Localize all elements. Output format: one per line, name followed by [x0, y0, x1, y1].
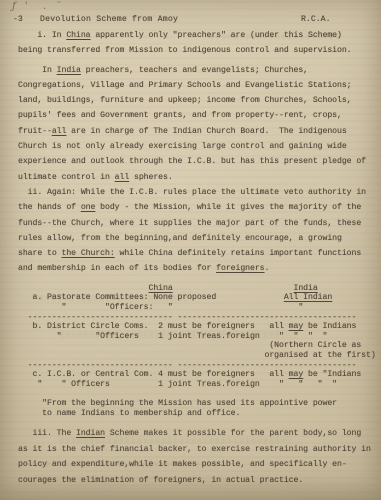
- doc-line: pupils' fees and Government grants, and …: [18, 108, 377, 123]
- doc-line: being transferred from Mission to indige…: [18, 43, 377, 58]
- table-row: c. I.C.B. or Central Com. 4 must be fore…: [18, 370, 377, 380]
- doc-line: the hands of one body - the Mission, whi…: [18, 200, 377, 215]
- doc-line: policy and expenditure,while it makes po…: [18, 457, 377, 473]
- doc-line: fruit--all are in charge of The Indian C…: [18, 124, 377, 139]
- footnote: "From the beginning the Mission has used…: [18, 399, 377, 418]
- section-i-india-paragraph: In India preachers, teachers and evangel…: [18, 63, 377, 185]
- doc-line: "From the beginning the Mission has used…: [18, 399, 377, 408]
- table-separator: ------------------------------ ---------…: [18, 361, 377, 371]
- section-iii: iii. The Indian Scheme makes it possible…: [18, 426, 377, 489]
- table-row: a. Pastorate Committees: None proposed A…: [18, 293, 377, 303]
- doc-line: rules allow, from the beginning,and defi…: [18, 231, 377, 246]
- doc-line: In India preachers, teachers and evangel…: [18, 63, 377, 78]
- doc-line: land, buildings, furniture and upkeep; i…: [18, 93, 377, 108]
- doc-line: ultimate control in all spheres.: [18, 170, 377, 185]
- doc-line: i. In China apparently only "preachers" …: [18, 28, 377, 43]
- table-row: b. District Circle Coms. 2 must be forei…: [18, 322, 377, 332]
- table-row: (Northern Circle as: [18, 341, 377, 351]
- table-row: organised at the first): [18, 351, 377, 361]
- doc-line: Church is not only already exercising la…: [18, 139, 377, 154]
- doc-line: iii. The Indian Scheme makes it possible…: [18, 426, 377, 442]
- section-i: i. In China apparently only "preachers" …: [18, 28, 377, 59]
- page-number: -3: [13, 12, 23, 27]
- page-header: -3 Devolution Scheme from Amoy R.C.A.: [18, 12, 377, 28]
- handwritten-pencil-mark: ƒ ' . ¨: [12, 1, 63, 12]
- organization-label: R.C.A.: [301, 12, 330, 27]
- table-row: " "Officers: " ": [18, 303, 377, 313]
- table-row: " " Officers 1 joint Treas.foreign " " "…: [18, 380, 377, 390]
- comparison-table-china-india: China India a. Pastorate Committees: Non…: [18, 284, 377, 390]
- doc-line: to name Indians to membership and office…: [18, 409, 377, 418]
- doc-line: funds--the Church, where it supplies the…: [18, 216, 377, 231]
- doc-line: and membership in each of its bodies for…: [18, 261, 377, 276]
- page-title: Devolution Scheme from Amoy: [40, 12, 178, 27]
- document-page: ƒ ' . ¨ -3 Devolution Scheme from Amoy R…: [0, 0, 381, 500]
- doc-line: as it is the chief financial backer, to …: [18, 442, 377, 458]
- section-ii: ii. Again: While the I.C.B. rules place …: [18, 185, 377, 277]
- table-separator: ------------------------------ ---------…: [18, 313, 377, 323]
- doc-line: courages the elimination of foreigners, …: [18, 473, 377, 489]
- doc-line: Congregations, Village and Primary Schoo…: [18, 78, 377, 93]
- typewritten-text-block: -3 Devolution Scheme from Amoy R.C.A. i.…: [18, 12, 377, 489]
- table-header-row: China India: [18, 284, 377, 294]
- doc-line: ii. Again: While the I.C.B. rules place …: [18, 185, 377, 200]
- doc-line: experience and outlook through the I.C.B…: [18, 154, 377, 169]
- doc-line: share to the Church: while China definit…: [18, 246, 377, 261]
- table-row: " "Officers 1 joint Treas.foreign " " " …: [18, 332, 377, 342]
